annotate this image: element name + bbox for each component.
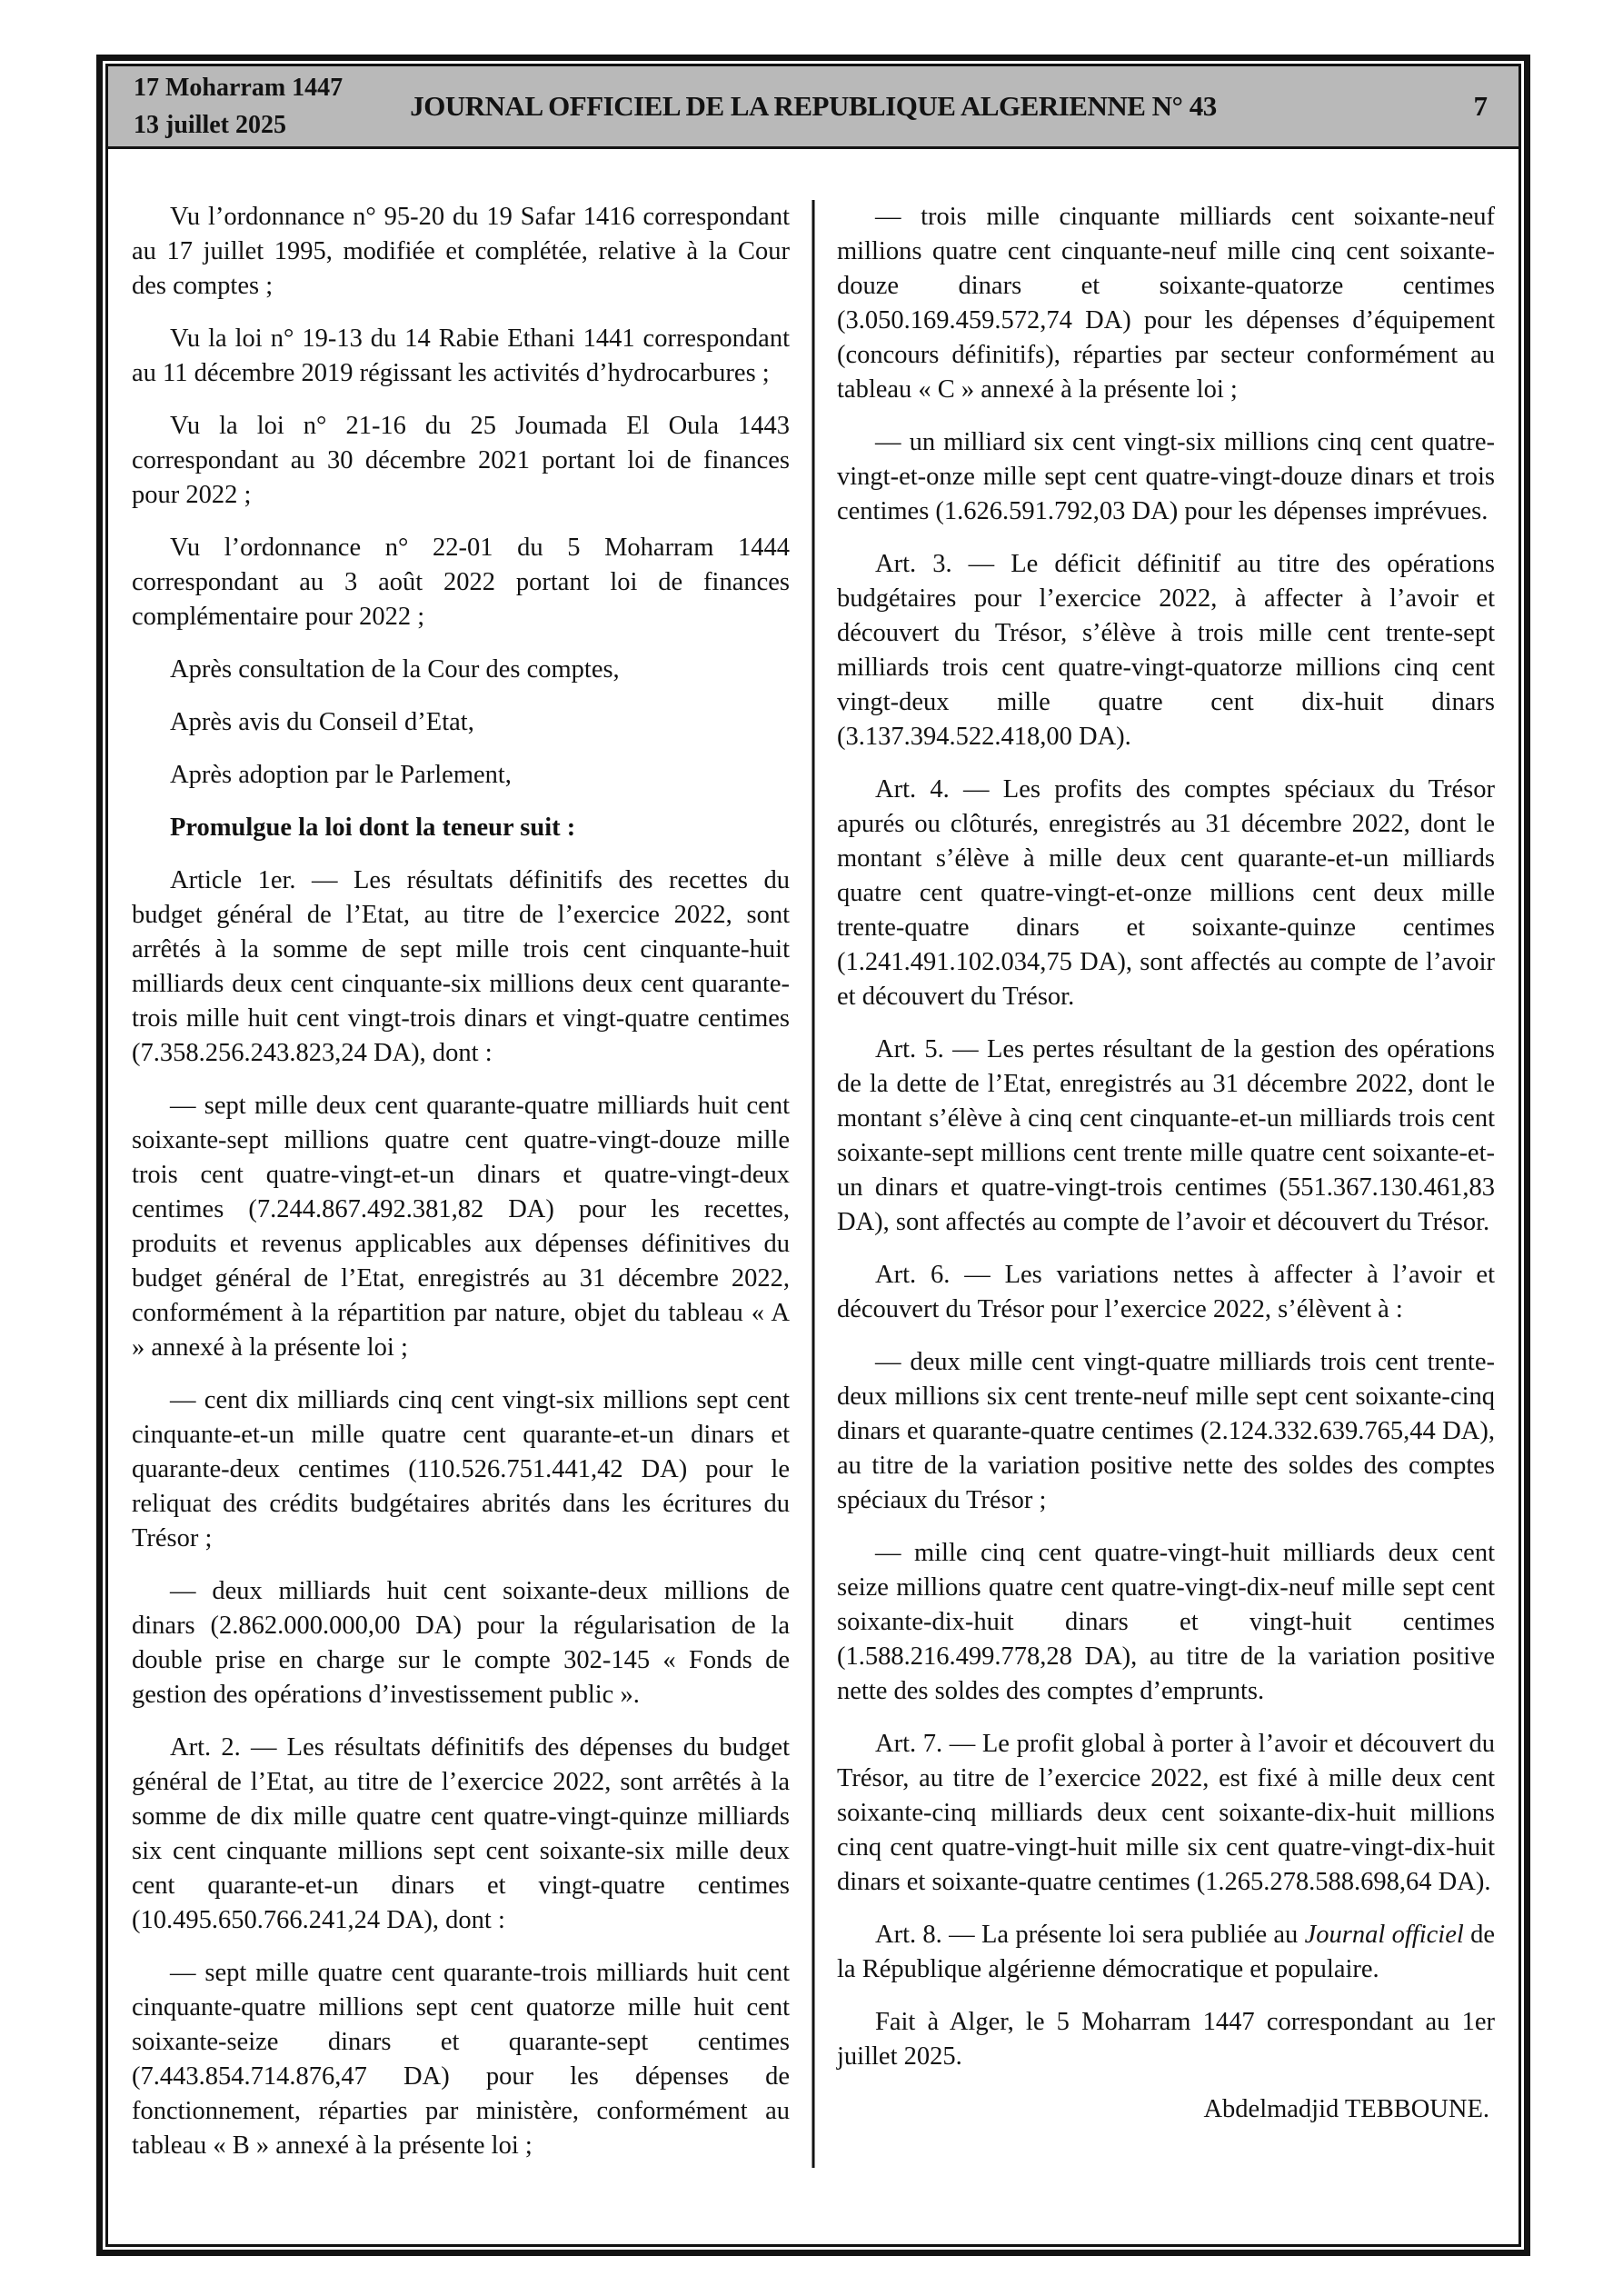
article-7: Art. 7. — Le profit global à porter à l’… bbox=[837, 1727, 1495, 1900]
promulgation-formula: Promulgue la loi dont la teneur suit : bbox=[132, 811, 790, 845]
apres-consultation: Après consultation de la Cour des compte… bbox=[132, 653, 790, 687]
article-6-item-1: — deux mille cent vingt-quatre milliards… bbox=[837, 1345, 1495, 1518]
article-8: Art. 8. — La présente loi sera publiée a… bbox=[837, 1918, 1495, 1987]
article-1: Article 1er. — Les résultats définitifs … bbox=[132, 863, 790, 1071]
article-6: Art. 6. — Les variations nettes à affect… bbox=[837, 1258, 1495, 1327]
visa-ordonnance-95-20: Vu l’ordonnance n° 95-20 du 19 Safar 141… bbox=[132, 200, 790, 304]
visa-ordonnance-22-01: Vu l’ordonnance n° 22-01 du 5 Moharram 1… bbox=[132, 531, 790, 634]
article-1-item-2: — cent dix milliards cinq cent vingt-six… bbox=[132, 1383, 790, 1556]
page-number: 7 bbox=[1474, 90, 1489, 123]
visa-loi-21-16: Vu la loi n° 21-16 du 25 Joumada El Oula… bbox=[132, 409, 790, 513]
article-1-item-3: — deux milliards huit cent soixante-deux… bbox=[132, 1574, 790, 1712]
article-2-item-3: — un milliard six cent vingt-six million… bbox=[837, 425, 1495, 529]
article-4: Art. 4. — Les profits des comptes spécia… bbox=[837, 773, 1495, 1014]
page-inner-border: 17 Moharram 1447 13 juillet 2025 JOURNAL… bbox=[105, 64, 1521, 2247]
article-3: Art. 3. — Le déficit définitif au titre … bbox=[837, 547, 1495, 754]
article-2-item-2: — trois mille cinquante milliards cent s… bbox=[837, 200, 1495, 407]
journal-title: JOURNAL OFFICIEL DE LA REPUBLIQUE ALGERI… bbox=[410, 90, 1216, 123]
header-dates: 17 Moharram 1447 13 juillet 2025 bbox=[108, 69, 343, 144]
apres-avis: Après avis du Conseil d’Etat, bbox=[132, 705, 790, 740]
signature: Abdelmadjid TEBBOUNE. bbox=[837, 2092, 1495, 2127]
column-divider bbox=[812, 200, 815, 2168]
page-outer-border: 17 Moharram 1447 13 juillet 2025 JOURNAL… bbox=[96, 55, 1530, 2256]
journal-officiel-page: { "colors": { "ink": "#121212", "header_… bbox=[0, 0, 1623, 2296]
article-1-item-1: — sept mille deux cent quarante-quatre m… bbox=[132, 1089, 790, 1365]
article-2-item-1: — sept mille quatre cent quarante-trois … bbox=[132, 1956, 790, 2163]
header-band: 17 Moharram 1447 13 juillet 2025 JOURNAL… bbox=[108, 66, 1518, 149]
left-column: Vu l’ordonnance n° 95-20 du 19 Safar 141… bbox=[108, 200, 813, 2244]
page-content: Vu l’ordonnance n° 95-20 du 19 Safar 141… bbox=[108, 149, 1518, 2244]
article-2: Art. 2. — Les résultats définitifs des d… bbox=[132, 1731, 790, 1938]
right-column: — trois mille cinquante milliards cent s… bbox=[813, 200, 1518, 2244]
apres-adoption: Après adoption par le Parlement, bbox=[132, 758, 790, 793]
hijri-date: 17 Moharram 1447 bbox=[134, 69, 343, 106]
visa-loi-19-13: Vu la loi n° 19-13 du 14 Rabie Ethani 14… bbox=[132, 322, 790, 391]
article-5: Art. 5. — Les pertes résultant de la ges… bbox=[837, 1033, 1495, 1240]
gregorian-date: 13 juillet 2025 bbox=[134, 106, 343, 144]
article-6-item-2: — mille cinq cent quatre-vingt-huit mill… bbox=[837, 1536, 1495, 1709]
closing-place-date: Fait à Alger, le 5 Moharram 1447 corresp… bbox=[837, 2005, 1495, 2074]
